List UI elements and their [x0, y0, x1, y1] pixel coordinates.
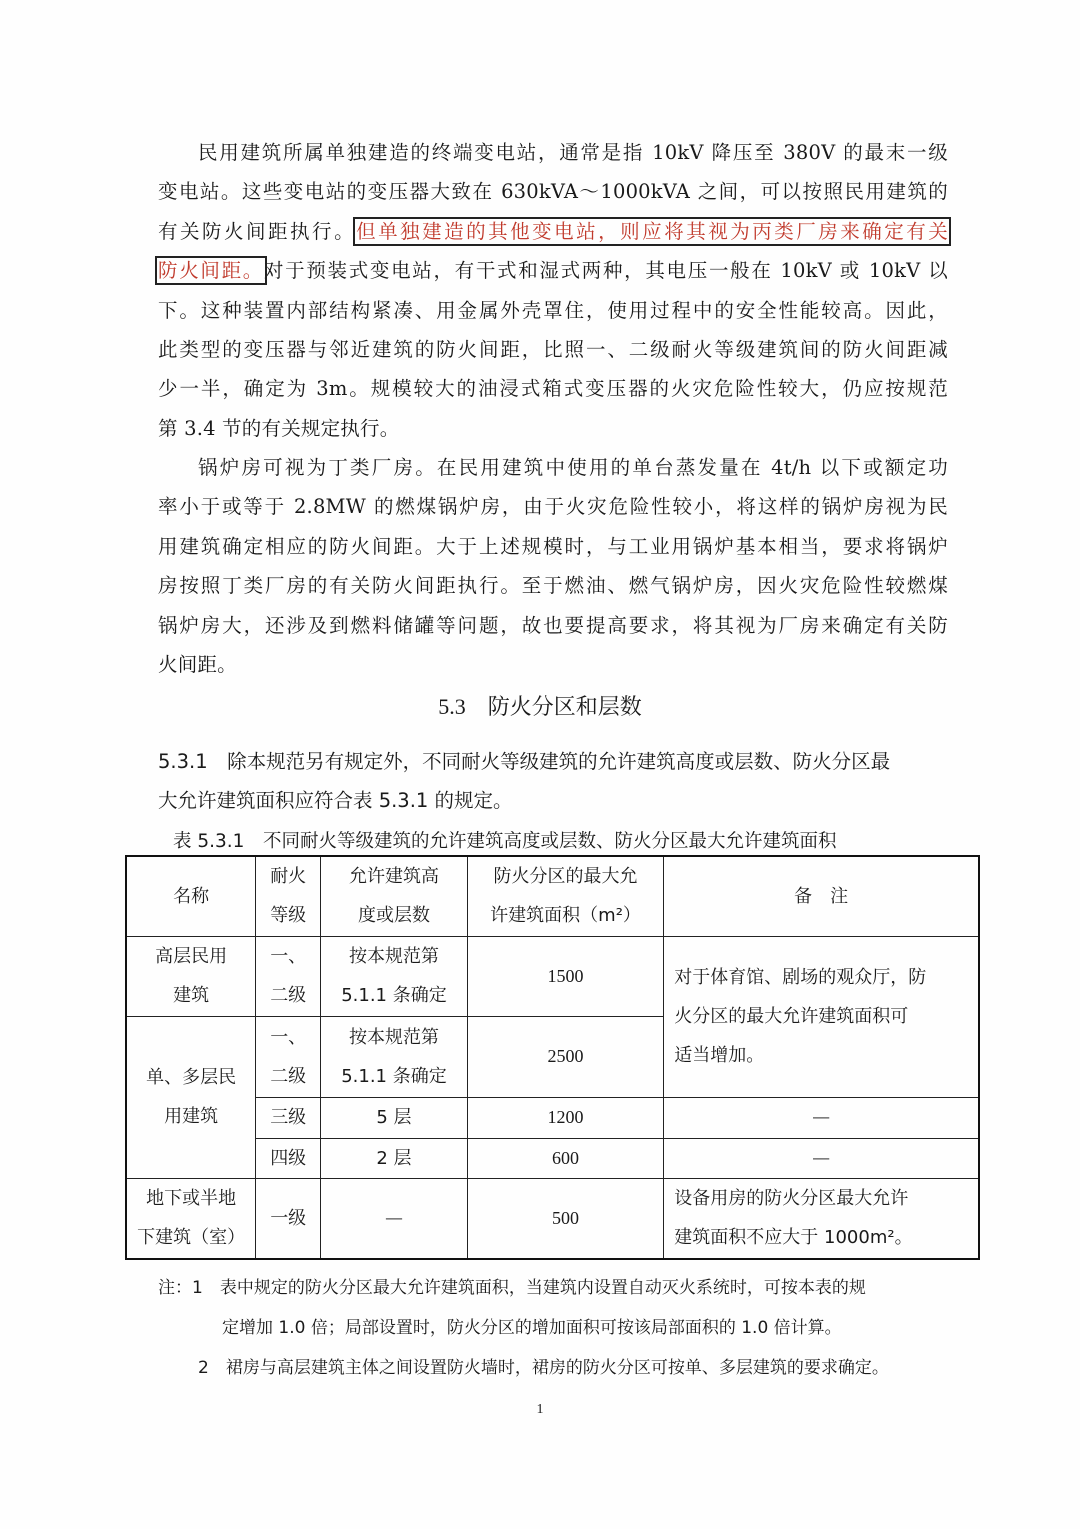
cell-name: 单、多层民用建筑	[126, 1016, 256, 1178]
fire-compartment-table: 名称 耐火等级 允许建筑高度或层数 防火分区的最大允许建筑面积（m²） 备 注 …	[125, 855, 980, 1260]
cell-text: 适当增加。	[674, 1036, 972, 1075]
text-line: 第 3.4 节的有关规定执行。	[158, 409, 948, 448]
note-text: 表中规定的防火分区最大允许建筑面积，当建筑内设置自动灭火系统时，可按本表的规	[220, 1278, 866, 1298]
cell-height: 按本规范第5.1.1 条确定	[321, 936, 468, 1016]
cell-remark: —	[664, 1097, 979, 1138]
document-page: 民用建筑所属单独建造的终端变电站，通常是指 10kV 降压至 380V 的最末一…	[0, 0, 1080, 1529]
cell-area: 1200	[467, 1097, 664, 1138]
header-text: 许建筑面积（m²）	[474, 896, 658, 935]
table-row: 高层民用建筑 一、二级 按本规范第5.1.1 条确定 1500 对于体育馆、剧场…	[126, 936, 979, 1016]
cell-height: 按本规范第5.1.1 条确定	[321, 1016, 468, 1097]
text-line: 5.3.1 除本规范另有规定外，不同耐火等级建筑的允许建筑高度或层数、防火分区最	[158, 742, 948, 781]
note-label: 2	[198, 1358, 209, 1378]
text-line: 防火间距。对于预装式变电站，有干式和湿式两种，其电压一般在 10kV 或 10k…	[158, 251, 948, 290]
cell-area: 600	[467, 1138, 664, 1178]
text-line: 变电站。这些变电站的变压器大致在 630kVA～1000kVA 之间，可以按照民…	[158, 172, 948, 211]
table-notes: 注：1 表中规定的防火分区最大允许建筑面积，当建筑内设置自动灭火系统时，可按本表…	[158, 1268, 958, 1388]
page-number: 1	[0, 1402, 1080, 1418]
note-text: 裙房与高层建筑主体之间设置防火墙时，裙房的防火分区可按单、多层建筑的要求确定。	[226, 1358, 889, 1378]
text-line: 火间距。	[158, 645, 948, 684]
cell-grade: 三级	[256, 1097, 321, 1138]
cell-text: 按本规范第	[327, 937, 461, 976]
note-1-line-2: 定增加 1.0 倍；局部设置时，防火分区的增加面积可按该局部面积的 1.0 倍计…	[158, 1308, 958, 1348]
text-line: 民用建筑所属单独建造的终端变电站，通常是指 10kV 降压至 380V 的最末一…	[158, 133, 948, 172]
cell-text: 设备用房的防火分区最大允许	[674, 1179, 972, 1218]
cell-remark-merged: 对于体育馆、剧场的观众厅，防火分区的最大允许建筑面积可适当增加。	[664, 936, 979, 1097]
highlighted-text: 但单独建造的其他变电站，则应将其视为丙类厂房来确定有关	[356, 220, 948, 243]
highlighted-text: 防火间距。	[158, 259, 264, 282]
table-row: 地下或半地下建筑（室） 一级 — 500 设备用房的防火分区最大允许建筑面积不应…	[126, 1178, 979, 1259]
header-text: 耐火	[262, 857, 314, 896]
cell-text: 地下或半地	[133, 1179, 249, 1218]
cell-remark: —	[664, 1138, 979, 1178]
cell-grade: 一级	[256, 1178, 321, 1259]
text-span: 有关防火间距执行。	[158, 220, 356, 243]
section-title: 防火分区和层数	[488, 695, 642, 720]
header-area: 防火分区的最大允许建筑面积（m²）	[467, 856, 664, 936]
cell-text: 高层民用	[133, 937, 249, 976]
table-caption: 表 5.3.1 不同耐火等级建筑的允许建筑高度或层数、防火分区最大允许建筑面积	[173, 827, 836, 853]
note-1-line-1: 注：1 表中规定的防火分区最大允许建筑面积，当建筑内设置自动灭火系统时，可按本表…	[158, 1268, 958, 1308]
note-2: 2 裙房与高层建筑主体之间设置防火墙时，裙房的防火分区可按单、多层建筑的要求确定…	[158, 1348, 958, 1388]
text-line: 率小于或等于 2.8MW 的燃煤锅炉房，由于火灾危险性较小，将这样的锅炉房视为民	[158, 487, 948, 526]
cell-area: 1500	[467, 936, 664, 1016]
cell-height: 2 层	[321, 1138, 468, 1178]
cell-text: 对于体育馆、剧场的观众厅，防	[674, 958, 972, 997]
cell-area: 2500	[467, 1016, 664, 1097]
paragraph-boiler-room: 锅炉房可视为丁类厂房。在民用建筑中使用的单台蒸发量在 4t/h 以下或额定功 率…	[158, 448, 948, 684]
text-line: 此类型的变压器与邻近建筑的防火间距，比照一、二级耐火等级建筑间的防火间距减	[158, 330, 948, 369]
text-line: 用建筑确定相应的防火间距。大于上述规模时，与工业用锅炉基本相当，要求将锅炉	[158, 527, 948, 566]
text-line: 锅炉房大，还涉及到燃料储罐等问题，故也要提高要求，将其视为厂房来确定有关防	[158, 606, 948, 645]
cell-height: —	[321, 1178, 468, 1259]
cell-grade: 一、二级	[256, 936, 321, 1016]
clause-5-3-1: 5.3.1 除本规范另有规定外，不同耐火等级建筑的允许建筑高度或层数、防火分区最…	[158, 742, 948, 821]
cell-text: 二级	[262, 976, 314, 1015]
text-line: 少一半，确定为 3m。规模较大的油浸式箱式变压器的火灾危险性较大，仍应按规范	[158, 369, 948, 408]
text-line: 房按照丁类厂房的有关防火间距执行。至于燃油、燃气锅炉房，因火灾危险性较燃煤	[158, 566, 948, 605]
header-text: 度或层数	[327, 896, 461, 935]
header-text: 允许建筑高	[327, 857, 461, 896]
text-line: 下。这种装置内部结构紧凑、用金属外壳罩住，使用过程中的安全性能较高。因此，	[158, 291, 948, 330]
header-text: 等级	[262, 896, 314, 935]
cell-text: 二级	[262, 1057, 314, 1096]
text-line: 锅炉房可视为丁类厂房。在民用建筑中使用的单台蒸发量在 4t/h 以下或额定功	[158, 448, 948, 487]
cell-text: 单、多层民	[133, 1058, 249, 1097]
cell-text: 建筑	[133, 976, 249, 1015]
cell-text: 火分区的最大允许建筑面积可	[674, 997, 972, 1036]
header-name: 名称	[126, 856, 256, 936]
cell-text: 建筑面积不应大于 1000m²。	[674, 1218, 972, 1257]
header-grade: 耐火等级	[256, 856, 321, 936]
cell-text: 5.1.1 条确定	[327, 976, 461, 1015]
cell-grade: 一、二级	[256, 1016, 321, 1097]
header-height: 允许建筑高度或层数	[321, 856, 468, 936]
cell-name: 高层民用建筑	[126, 936, 256, 1016]
section-heading: 5.3防火分区和层数	[0, 690, 1080, 721]
header-text: 防火分区的最大允	[474, 857, 658, 896]
cell-text: 用建筑	[133, 1097, 249, 1136]
text-line: 大允许建筑面积应符合表 5.3.1 的规定。	[158, 781, 948, 820]
cell-text: 一、	[262, 1018, 314, 1057]
cell-grade: 四级	[256, 1138, 321, 1178]
cell-area: 500	[467, 1178, 664, 1259]
header-remark: 备 注	[664, 856, 979, 936]
table-header-row: 名称 耐火等级 允许建筑高度或层数 防火分区的最大允许建筑面积（m²） 备 注	[126, 856, 979, 936]
paragraph-substation: 民用建筑所属单独建造的终端变电站，通常是指 10kV 降压至 380V 的最末一…	[158, 133, 948, 448]
cell-remark: 设备用房的防火分区最大允许建筑面积不应大于 1000m²。	[664, 1178, 979, 1259]
cell-text: 一、	[262, 937, 314, 976]
section-number: 5.3	[438, 694, 466, 719]
cell-text: 5.1.1 条确定	[327, 1057, 461, 1096]
note-label: 注：1	[158, 1278, 203, 1298]
text-line: 有关防火间距执行。但单独建造的其他变电站，则应将其视为丙类厂房来确定有关	[158, 212, 948, 251]
cell-name: 地下或半地下建筑（室）	[126, 1178, 256, 1259]
cell-text: 下建筑（室）	[133, 1218, 249, 1257]
cell-text: 按本规范第	[327, 1018, 461, 1057]
cell-height: 5 层	[321, 1097, 468, 1138]
text-span: 对于预装式变电站，有干式和湿式两种，其电压一般在 10kV 或 10kV 以	[264, 259, 948, 282]
